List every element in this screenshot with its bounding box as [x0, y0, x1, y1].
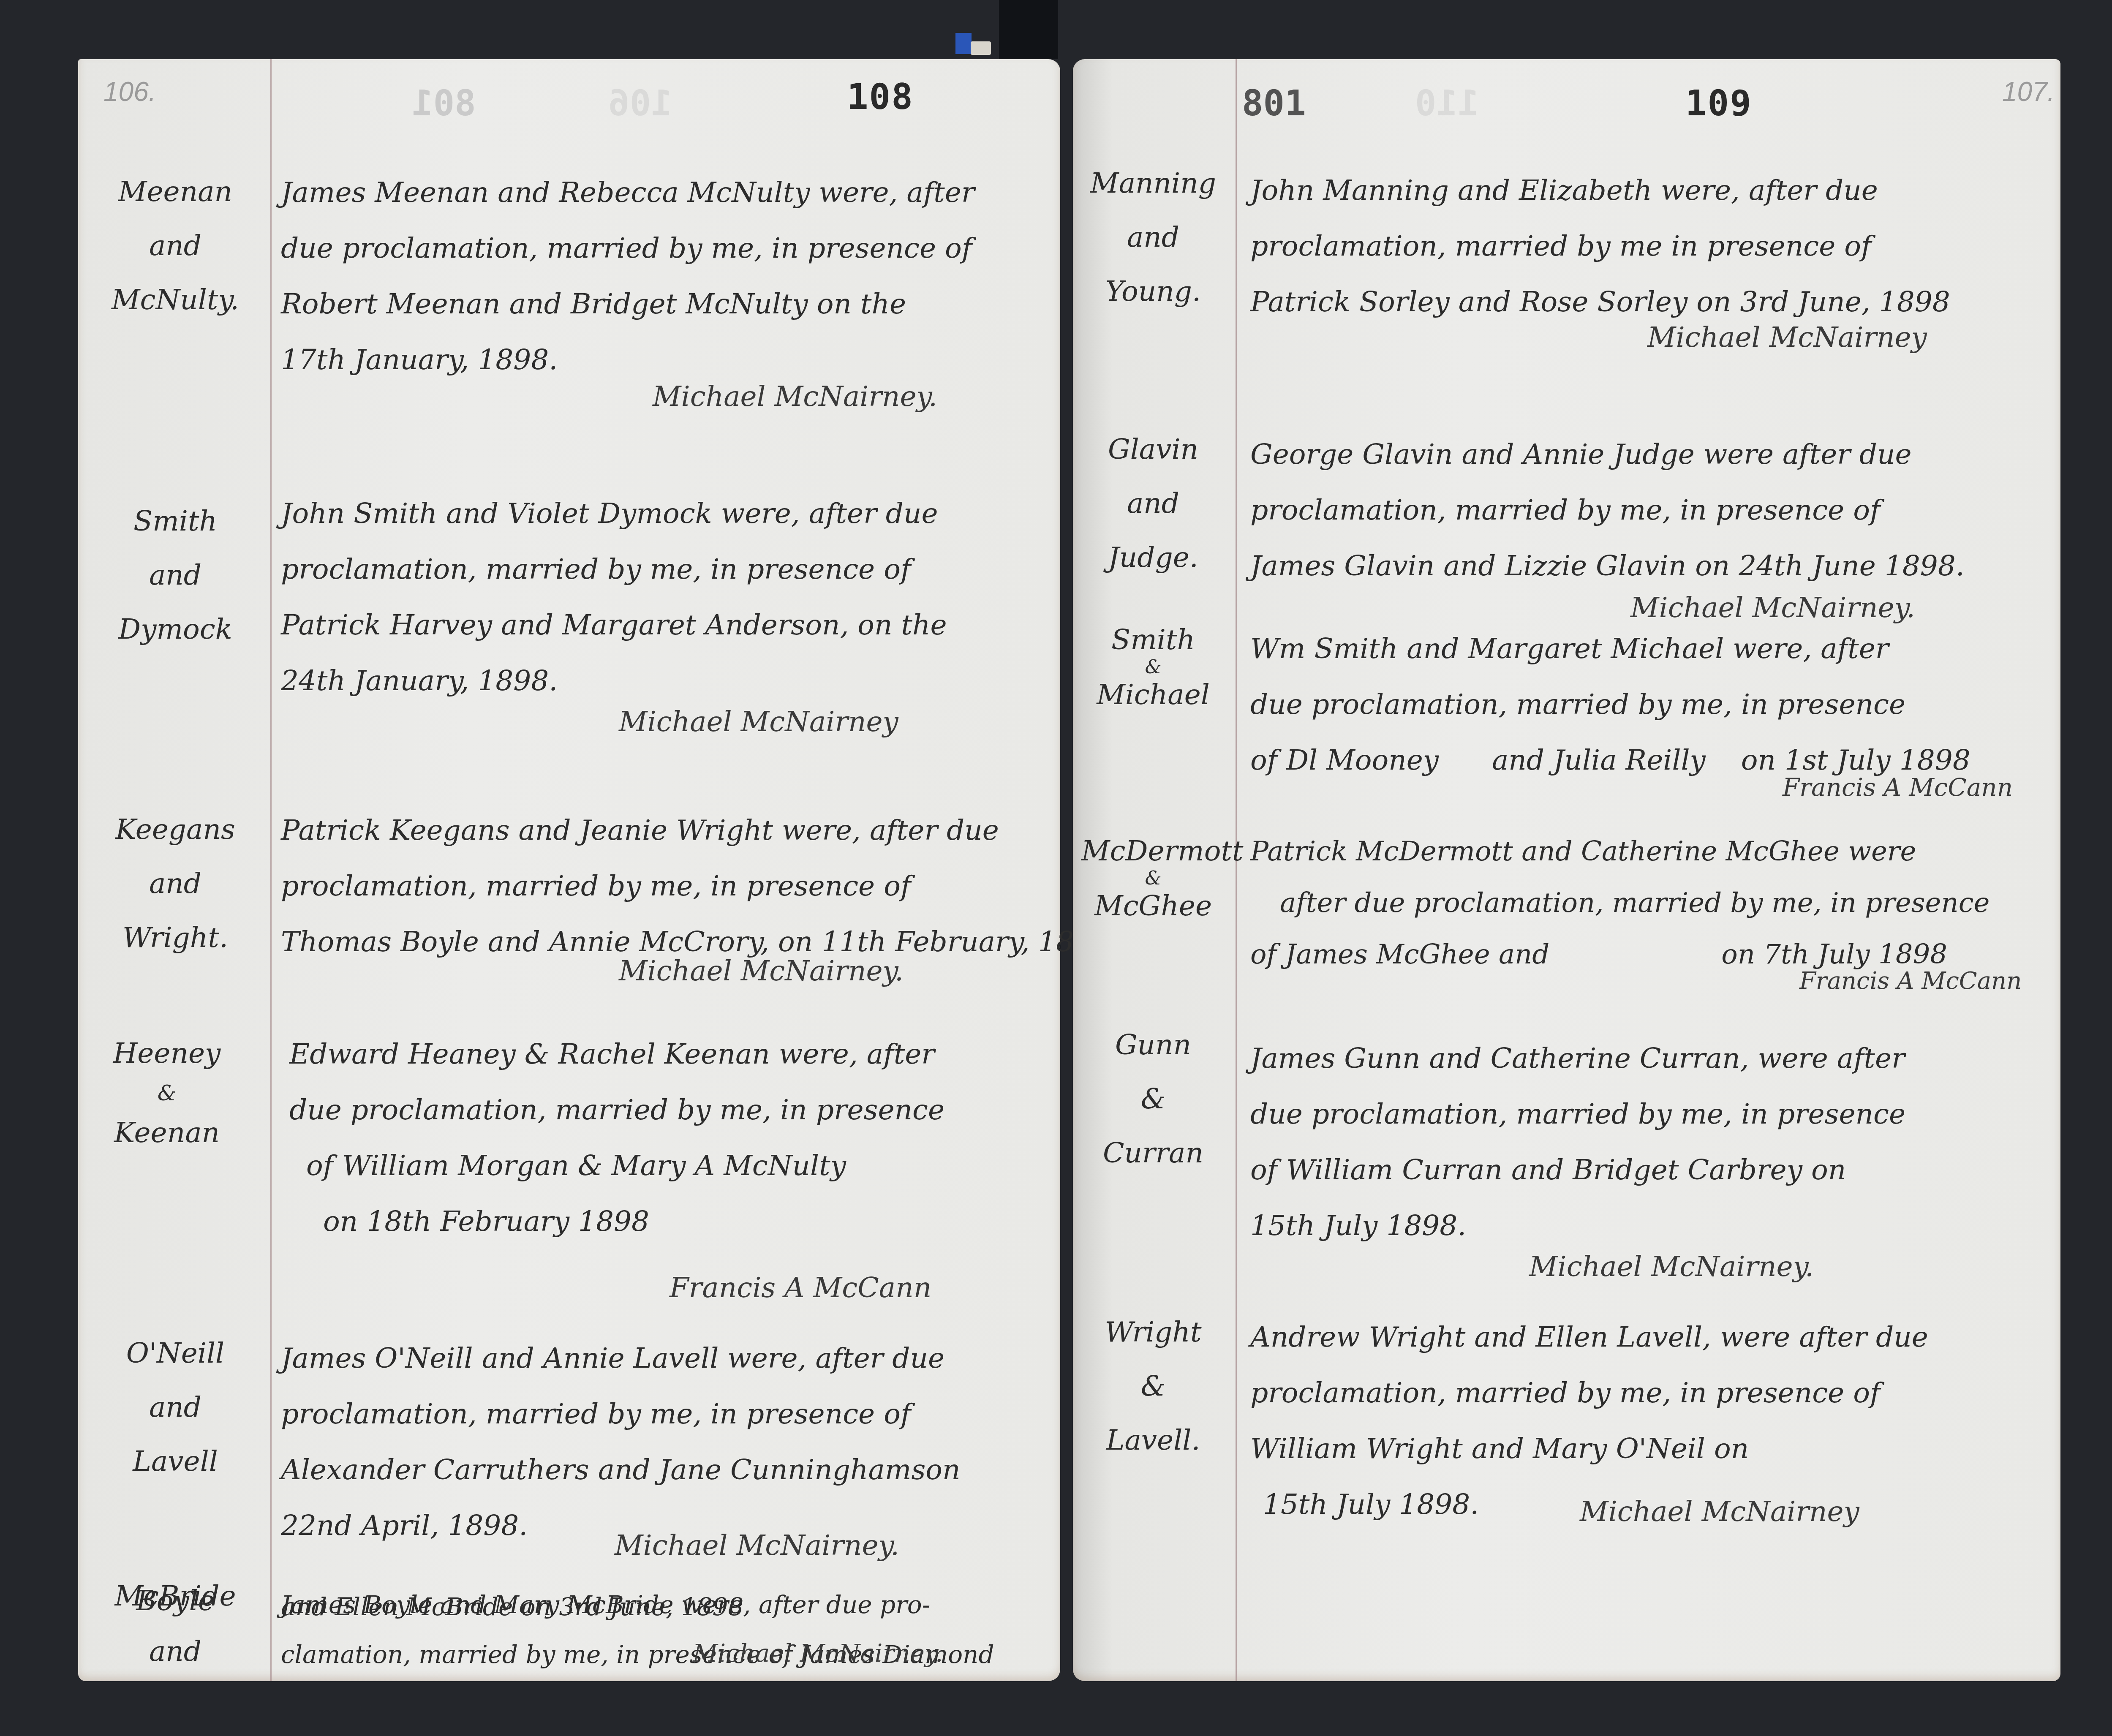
conjunction: &	[1073, 1072, 1233, 1126]
surname: McGhee	[1073, 887, 1233, 925]
conjunction: &	[1073, 870, 1233, 887]
entry-line: George Glavin and Annie Judge were after…	[1250, 427, 1965, 482]
officiant-signature: Michael McNairney.	[1630, 591, 1915, 624]
surname: Smith	[1073, 621, 1233, 659]
conjunction: and	[1073, 476, 1233, 531]
bleed-through-number: 801	[412, 82, 476, 124]
entry-line: 17th January, 1898.	[281, 332, 974, 388]
surname: Lavell.	[1073, 1413, 1233, 1467]
conjunction: and	[95, 219, 256, 273]
officiant-signature: Michael McNairney.	[653, 380, 937, 413]
surname: Manning	[1073, 156, 1233, 210]
entry-line: Patrick Keegans and Jeanie Wright were, …	[281, 803, 1109, 858]
entry-line: Andrew Wright and Ellen Lavell, were aft…	[1250, 1309, 1928, 1365]
entry-line: James Meenan and Rebecca McNulty were, a…	[281, 165, 974, 220]
entry-line: Patrick McDermott and Catherine McGhee w…	[1250, 826, 1990, 877]
book-spine	[999, 0, 1058, 59]
entry-line: after due proclamation, married by me, i…	[1250, 877, 1990, 929]
entry-line: James Gunn and Catherine Curran, were af…	[1250, 1031, 1905, 1086]
stamped-page-number: 109	[1685, 82, 1752, 124]
bleed-through-number: 106	[608, 82, 672, 124]
conjunction: &	[1073, 659, 1233, 676]
margin-surnames: Gunn & Curran	[1073, 1018, 1233, 1180]
surname: Gunn	[1073, 1018, 1233, 1072]
margin-surnames: O'Neill and Lavell	[95, 1326, 256, 1488]
stamped-reversed-number: 801	[1242, 82, 1306, 124]
margin-surnames: Glavin and Judge.	[1073, 422, 1233, 585]
conjunction: and	[95, 1380, 256, 1434]
margin-rule	[1236, 59, 1237, 1681]
surname: Keenan	[87, 1106, 247, 1160]
entry-line: proclamation, married by me, in presence…	[1250, 1365, 1928, 1421]
surname: McBride	[95, 1569, 256, 1623]
margin-surnames: McDermott & McGhee	[1073, 832, 1233, 925]
stamped-page-number: 108	[847, 76, 914, 117]
marriage-entry: George Glavin and Annie Judge were after…	[1250, 427, 1965, 594]
marriage-entry: Patrick Keegans and Jeanie Wright were, …	[281, 803, 1109, 970]
surname: Wright	[1073, 1305, 1233, 1359]
pencil-page-number: 107.	[2002, 76, 2055, 107]
surname: Curran	[1073, 1126, 1233, 1180]
entry-line: on 18th February 1898	[289, 1194, 944, 1249]
entry-line: 15th July 1898.	[1250, 1198, 1905, 1254]
surname: Dymock	[95, 602, 256, 656]
surname: Wright.	[95, 911, 256, 965]
marriage-entry: John Smith and Violet Dymock were, after…	[281, 486, 947, 709]
surname: McNulty.	[95, 273, 256, 327]
binding-thread	[971, 41, 991, 55]
officiant-signature: Michael McNairney.	[693, 1639, 943, 1668]
surname: McDermott	[1073, 832, 1233, 870]
conjunction: and	[95, 1626, 256, 1677]
margin-rule	[270, 59, 272, 1681]
margin-surnames: Smith & Michael	[1073, 621, 1233, 714]
margin-surnames: Manning and Young.	[1073, 156, 1233, 318]
marriage-entry: James Gunn and Catherine Curran, were af…	[1250, 1031, 1905, 1254]
entry-line: proclamation, married by me, in presence…	[281, 858, 1109, 914]
entry-line: proclamation, married by me, in presence…	[1250, 482, 1965, 538]
entry-line: 24th January, 1898.	[281, 653, 947, 709]
entry-line: proclamation, married by me in presence …	[1250, 218, 1950, 274]
surname: Lavell	[95, 1434, 256, 1488]
officiant-signature: Michael McNairney	[1647, 321, 1927, 354]
entry-line: Robert Meenan and Bridget McNulty on the	[281, 276, 974, 332]
entry-line: of William Morgan & Mary A McNulty	[289, 1138, 944, 1194]
entry-line: Edward Heaney & Rachel Keenan were, afte…	[289, 1026, 944, 1082]
entry-line: William Wright and Mary O'Neil on	[1250, 1421, 1928, 1477]
entry-line: John Manning and Elizabeth were, after d…	[1250, 163, 1950, 218]
binding-tape	[955, 33, 972, 54]
right-page: 801 110 109 107. Manning and Young. John…	[1073, 59, 2060, 1681]
officiant-signature: Francis A McCann	[670, 1271, 931, 1304]
entry-line: Alexander Carruthers and Jane Cunningham…	[281, 1442, 961, 1498]
entry-line: due proclamation, married by me, in pres…	[1250, 1086, 1905, 1142]
conjunction: &	[1073, 1359, 1233, 1413]
surname: Meenan	[95, 165, 256, 219]
marriage-entry: Wm Smith and Margaret Michael were, afte…	[1250, 621, 1970, 788]
pencil-page-number: 106.	[103, 76, 156, 107]
officiant-signature: Francis A McCann	[1783, 773, 2013, 802]
entry-continuation: and Ellen McBride on 3rd June, 1898	[281, 1582, 743, 1632]
officiant-signature: Michael McNairney.	[1529, 1250, 1814, 1283]
surname: Young.	[1073, 264, 1233, 318]
entry-line: due proclamation, married by me, in pres…	[281, 220, 974, 276]
entry-line: James Glavin and Lizzie Glavin on 24th J…	[1250, 538, 1965, 594]
marriage-entry: James Meenan and Rebecca McNulty were, a…	[281, 165, 974, 388]
surname: Smith	[95, 494, 256, 548]
margin-surnames: Heeney & Keenan	[87, 1026, 247, 1160]
entry-line: John Smith and Violet Dymock were, after…	[281, 486, 947, 541]
margin-surnames: Meenan and McNulty.	[95, 165, 256, 327]
entry-line: Wm Smith and Margaret Michael were, afte…	[1250, 621, 1970, 677]
conjunction: &	[87, 1080, 247, 1106]
surname: Heeney	[87, 1026, 247, 1080]
margin-surnames: Wright & Lavell.	[1073, 1305, 1233, 1467]
conjunction: and	[1073, 210, 1233, 264]
marriage-entry: Edward Heaney & Rachel Keenan were, afte…	[289, 1026, 944, 1249]
surname: Michael	[1073, 676, 1233, 714]
entry-line: and Ellen McBride on 3rd June, 1898	[281, 1582, 743, 1632]
officiant-signature: Michael McNairney	[619, 705, 898, 738]
margin-surnames: Keegans and Wright.	[95, 803, 256, 965]
officiant-signature: Michael McNairney.	[615, 1529, 899, 1562]
entry-line: Patrick Harvey and Margaret Anderson, on…	[281, 597, 947, 653]
surname: Keegans	[95, 803, 256, 857]
officiant-signature: Michael McNairney.	[619, 955, 904, 987]
margin-surnames: Smith and Dymock	[95, 494, 256, 656]
marriage-entry: John Manning and Elizabeth were, after d…	[1250, 163, 1950, 330]
entry-line: proclamation, married by me, in presence…	[281, 541, 947, 597]
entry-line: of William Curran and Bridget Carbrey on	[1250, 1142, 1905, 1198]
surname: Judge.	[1073, 531, 1233, 585]
conjunction: and	[95, 548, 256, 602]
officiant-signature: Michael McNairney	[1580, 1495, 1859, 1528]
marriage-entry: James O'Neill and Annie Lavell were, aft…	[281, 1331, 961, 1554]
conjunction: and	[95, 857, 256, 911]
margin-surname-last: McBride	[95, 1569, 256, 1623]
surname: Glavin	[1073, 422, 1233, 476]
marriage-entry: Patrick McDermott and Catherine McGhee w…	[1250, 826, 1990, 980]
entry-line: due proclamation, married by me, in pres…	[1250, 677, 1970, 732]
surname: O'Neill	[95, 1326, 256, 1380]
entry-line: proclamation, married by me, in presence…	[281, 1386, 961, 1442]
left-page: 106. 801 106 108 Meenan and McNulty. Jam…	[78, 59, 1060, 1681]
officiant-signature: Francis A McCann	[1799, 967, 2022, 995]
bleed-through-number: 110	[1415, 82, 1479, 124]
entry-line: James O'Neill and Annie Lavell were, aft…	[281, 1331, 961, 1386]
entry-line: due proclamation, married by me, in pres…	[289, 1082, 944, 1138]
